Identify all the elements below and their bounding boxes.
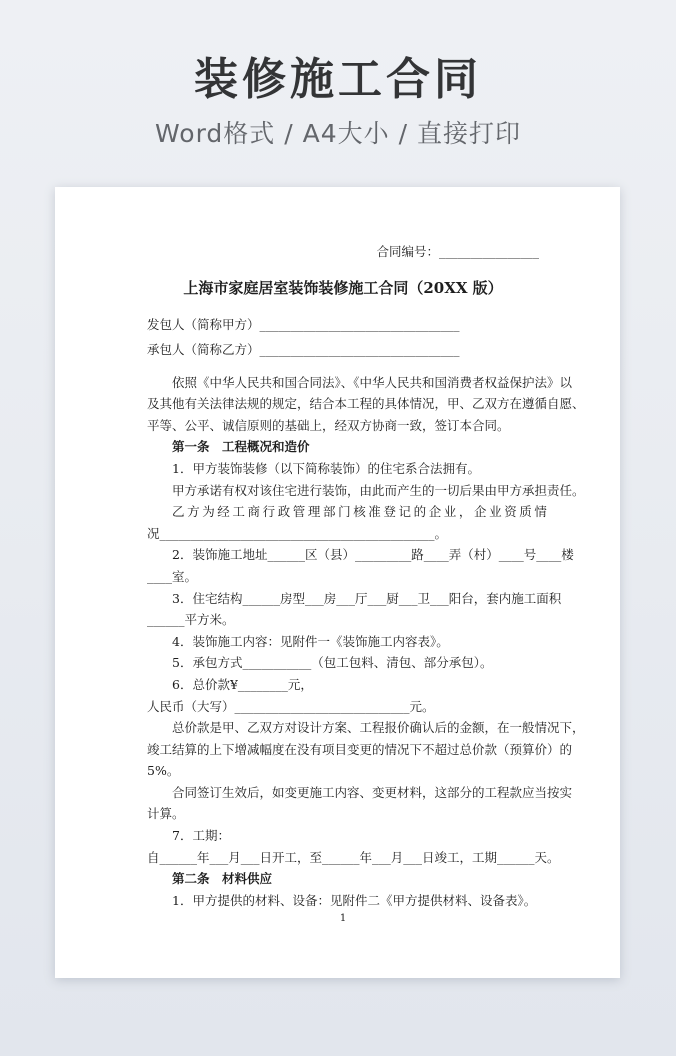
clause-1-qualification-line-2: 况_______________________________________… bbox=[147, 523, 539, 545]
section-1-heading: 第一条 工程概况和造价 bbox=[147, 436, 539, 458]
clause-1-7-duration-label: 7．工期： bbox=[147, 825, 539, 847]
preamble-line-1: 依照《中华人民共和国合同法》、《中华人民共和国消费者权益保护法》以 bbox=[147, 372, 539, 394]
page-number: 1 bbox=[147, 912, 539, 926]
price-note-line-3: 5%。 bbox=[147, 760, 539, 782]
change-note-line-2: 计算。 bbox=[147, 803, 539, 825]
document-page: 合同编号：________________ 上海市家庭居室装饰装修施工合同（20… bbox=[55, 187, 620, 978]
section-2-heading: 第二条 材料供应 bbox=[147, 868, 539, 890]
clause-1-6-price-in-words: 人民币（大写）____________________________元。 bbox=[147, 696, 539, 718]
banner-title: 装修施工合同 bbox=[0, 56, 676, 104]
party-b-line: 承包人（简称乙方）_______________________________… bbox=[147, 337, 539, 363]
contract-number-line: 合同编号：________________ bbox=[147, 241, 539, 263]
preamble-line-2: 及其他有关法律法规的规定，结合本工程的具体情况，甲、乙双方在遵循自愿、 bbox=[147, 393, 539, 415]
preamble-line-3: 平等、公平、诚信原则的基础上，经双方协商一致，签订本合同。 bbox=[147, 415, 539, 437]
party-a-line: 发包人（简称甲方）_______________________________… bbox=[147, 312, 539, 338]
clause-1-3-structure-line-1: 3．住宅结构______房型___房___厅___厨___卫___阳台，套内施工… bbox=[147, 588, 539, 610]
banner-subtitle: Word格式 / A4大小 / 直接打印 bbox=[0, 114, 676, 150]
clause-1-6-total-price: 6．总价款¥________元， bbox=[147, 674, 539, 696]
clause-2-1-materials: 1．甲方提供的材料、设备：见附件二《甲方提供材料、设备表》。 bbox=[147, 890, 539, 912]
clause-1-qualification-line-1: 乙方为经工商行政管理部门核准登记的企业，企业资质情 bbox=[147, 501, 539, 523]
clause-1-3-structure-line-2: ______平方米。 bbox=[147, 609, 539, 631]
clause-1-2-address-line-1: 2．装饰施工地址______区（县）_________路____弄（村）____… bbox=[147, 544, 539, 566]
clause-1-1: 1．甲方装饰装修（以下简称装饰）的住宅系合法拥有。 bbox=[147, 458, 539, 480]
promo-banner: 装修施工合同 Word格式 / A4大小 / 直接打印 bbox=[0, 0, 676, 150]
clause-1-7-duration-dates: 自______年___月___日开工，至______年___月___日竣工，工期… bbox=[147, 847, 539, 869]
doc-title: 上海市家庭居室装饰装修施工合同（20XX 版） bbox=[147, 277, 539, 299]
clause-1-4-content: 4．装饰施工内容：见附件一《装饰施工内容表》。 bbox=[147, 631, 539, 653]
clause-1-promise: 甲方承诺有权对该住宅进行装饰，由此而产生的一切后果由甲方承担责任。 bbox=[147, 480, 539, 502]
price-note-line-1: 总价款是甲、乙双方对设计方案、工程报价确认后的金额，在一般情况下， bbox=[147, 717, 539, 739]
change-note-line-1: 合同签订生效后，如变更施工内容、变更材料，这部分的工程款应当按实 bbox=[147, 782, 539, 804]
document-content: 合同编号：________________ 上海市家庭居室装饰装修施工合同（20… bbox=[147, 241, 539, 926]
clause-1-2-address-line-2: ____室。 bbox=[147, 566, 539, 588]
price-note-line-2: 竣工结算的上下增减幅度在没有项目变更的情况下不超过总价款（预算价）的 bbox=[147, 739, 539, 761]
clause-1-5-contract-mode: 5．承包方式___________（包工包料、清包、部分承包）。 bbox=[147, 652, 539, 674]
